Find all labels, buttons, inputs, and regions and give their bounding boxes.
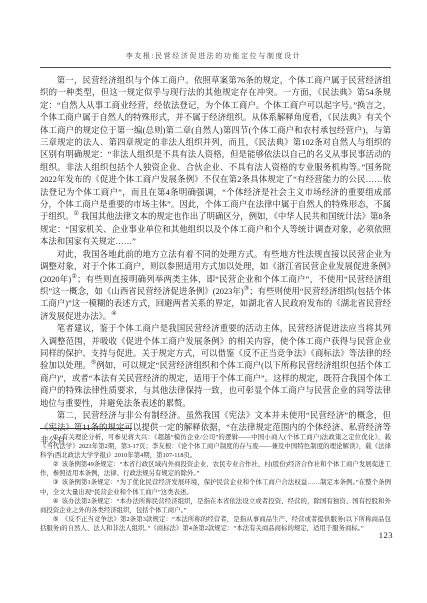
footnote-item: ③该条例第1条规定：“为了优化民营经济发展环境，保护民营企业和个体工商户合法权益… xyxy=(40,478,391,496)
footnote-item: ①有关理论分析，可参见蒋大兴：《超越“模仿企业/公司”的逻辑——中国小商人(个体… xyxy=(40,433,391,460)
footnote-marker: ② xyxy=(53,461,59,468)
body-text-run: 我国其他法律文本的规定也作出了明确区分，例如，《中华人民共和国统计法》第8条规定… xyxy=(40,212,391,246)
body-text-run: 例如，可以规定“民营经济组织和个体工商户(以下所称民营经济组织包括个体工商户)”… xyxy=(40,361,391,407)
footnote-text: 有关理论分析，可参见蒋大兴：《超越“模仿企业/公司”的逻辑——中国小商人(个体工… xyxy=(40,434,391,459)
footnote-text: 《反不正当竞争法》第2条第3款规定：“本法所称的经营者，是指从事商品生产、经营或… xyxy=(40,516,391,532)
footnotes: ①有关理论分析，可参见蒋大兴：《超越“模仿企业/公司”的逻辑——中国小商人(个体… xyxy=(40,433,391,533)
body-paragraph: 对此，我国各地此前的地方立法有着不同的处理方式。有些地方性法规直接以民营企业为调… xyxy=(40,249,391,323)
footnote-ref: ④ xyxy=(111,311,116,317)
footnote-item: ②该条例第49条规定：“本省行政区域内外商投资企业、农民专业合作社、村(股份)经… xyxy=(40,460,391,478)
footnote-marker: ④ xyxy=(53,498,59,505)
running-title: 李友根:民营经济促进法的功能定位与制度设计 xyxy=(0,51,427,61)
footnote-item: ⑤《反不正当竞争法》第2条第3款规定：“本法所称的经营者，是指从事商品生产、经营… xyxy=(40,515,391,533)
running-head: 李友根:民营经济促进法的功能定位与制度设计 xyxy=(0,0,427,68)
footnote-marker: ⑤ xyxy=(53,516,59,523)
body-paragraphs: 第一，民营经济组织与个体工商户。依照草案第76条的规定，个体工商户属于民营经济组… xyxy=(40,75,391,447)
header-rule xyxy=(40,67,391,68)
footnote-text: 该办法第2条规定：“本办法所称民营经济组织，是指在本省依法设立或者投资、经营的，… xyxy=(40,498,391,514)
footnote-text: 该条例第1条规定：“为了优化民营经济发展环境，保护民营企业和个体工商户合法权益…… xyxy=(40,479,391,495)
footnote-separator xyxy=(40,428,132,429)
footnote-marker: ③ xyxy=(53,479,59,486)
body-paragraph: 笔者建议，鉴于个体工商户是我国民营经济重要的活动主体，民营经济促进法应当将其列入… xyxy=(40,323,391,410)
footnote-item: ④该办法第2条规定：“本办法所称民营经济组织，是指在本省依法设立或者投资、经营的… xyxy=(40,497,391,515)
body-text-run: 第一，民营经济组织与个体工商户。依照草案第76条的规定，个体工商户属于民营经济组… xyxy=(40,76,391,221)
page-number: 123 xyxy=(379,530,393,540)
body-paragraph: 第一，民营经济组织与个体工商户。依照草案第76条的规定，个体工商户属于民营经济组… xyxy=(40,75,391,249)
paper-page: 李友根:民营经济促进法的功能定位与制度设计 第一，民营经济组织与个体工商户。依照… xyxy=(0,0,427,603)
footnote-marker: ① xyxy=(53,434,59,441)
footnote-text: 该条例第49条规定：“本省行政区域内外商投资企业、农民专业合作社、村(股份)经济… xyxy=(40,461,391,477)
